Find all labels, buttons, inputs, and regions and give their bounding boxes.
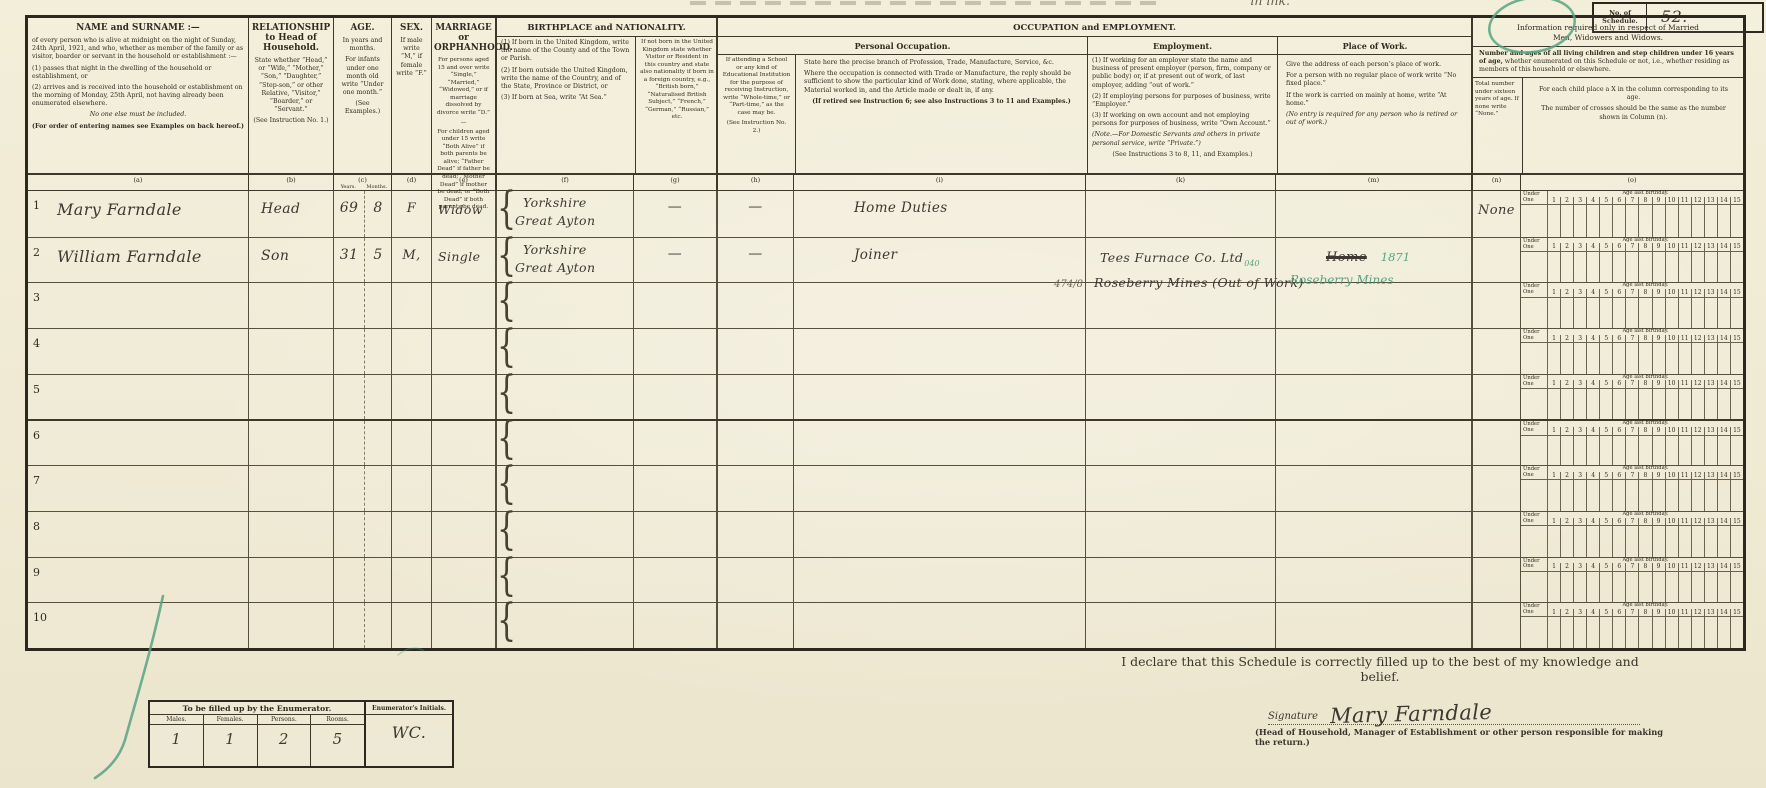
cell-place-of-work (1275, 421, 1471, 465)
age-column-number: 13 (1704, 380, 1717, 388)
col-nationality-header: If not born in the United Kingdom state … (635, 37, 718, 173)
age-cross-cell (1599, 617, 1612, 647)
entry-marriage (432, 558, 495, 569)
cell-age (333, 329, 391, 374)
under-one-label: Under One (1521, 238, 1547, 251)
age-cross-cell (1678, 572, 1691, 602)
table-row: 10 { (28, 602, 1743, 648)
age-column-number: 12 (1691, 518, 1704, 526)
age-cross-cell (1704, 480, 1717, 510)
row-number: 3 (28, 283, 45, 328)
cell-occupation (793, 283, 1085, 328)
entry-name (45, 558, 57, 603)
col-employment-header: (1) If working for an employer state the… (1087, 55, 1277, 173)
age-cross-cell (1547, 252, 1560, 282)
age-column-number: 10 (1665, 289, 1678, 297)
age-cross-cell (1652, 572, 1665, 602)
age-cross-cell (1586, 298, 1599, 328)
age-column-number: 13 (1704, 335, 1717, 343)
enumerator-value: 1 (203, 725, 257, 766)
age-cross-cell (1547, 389, 1560, 419)
entry-age-months (365, 603, 391, 648)
cell-children-ages: Under One Age last birthday. 12345678910… (1520, 329, 1743, 374)
place-of-work-subtitle: Place of Work. (1277, 37, 1472, 54)
age-column-number: 15 (1730, 335, 1743, 343)
entry-birth-county: Yorkshire (515, 191, 595, 212)
age-column-number: 12 (1691, 289, 1704, 297)
age-cross-cell (1599, 205, 1612, 236)
cell-name: 1 Mary Farndale (28, 191, 248, 237)
age-column-number: 4 (1586, 518, 1599, 526)
entry-birth-town: Great Ayton (515, 259, 595, 277)
age-cross-cell (1560, 436, 1573, 465)
enumerator-column-label: Males. (150, 715, 203, 724)
age-cross-cell (1586, 526, 1599, 556)
table-row: 6 { (28, 419, 1743, 465)
entry-total-children (1473, 512, 1520, 524)
employment-subtitle: Employment. (1087, 37, 1277, 54)
entry-birth-county (515, 329, 523, 332)
age-column-number: 5 (1599, 427, 1612, 435)
entry-birth-town: Great Ayton (515, 212, 595, 230)
under-one-label: Under One (1521, 283, 1547, 296)
table-row: 2 William Farndale Son 31 5 M, Single { (28, 237, 1743, 283)
entry-age-months (365, 466, 391, 511)
age-cross-cell (1547, 205, 1560, 236)
entry-age-months (365, 375, 391, 420)
occupation-group-header: OCCUPATION and EMPLOYMENT. Personal Occu… (716, 18, 1471, 173)
entry-sex (392, 558, 431, 568)
under-one-label: Under One (1521, 512, 1547, 525)
age-cross-cell (1638, 526, 1651, 556)
age-column-number: 10 (1665, 197, 1678, 205)
cell-relationship: Son (248, 238, 333, 283)
age-column-number: 11 (1678, 563, 1691, 571)
entry-marriage (432, 603, 495, 614)
cell-employment (1085, 512, 1275, 557)
cell-sex (391, 375, 431, 420)
entry-occupation (794, 603, 1085, 612)
age-cross-cell (1547, 298, 1560, 328)
age-column-number: 4 (1586, 289, 1599, 297)
age-cross-cell (1560, 617, 1573, 647)
cell-nationality (633, 375, 716, 420)
cell-occupation (793, 466, 1085, 511)
table-row: 8 { (28, 511, 1743, 557)
age-column-number: 12 (1691, 243, 1704, 251)
age-cross-cell (1704, 389, 1717, 419)
cell-marriage: Single (431, 238, 495, 283)
age-cross-cell (1586, 343, 1599, 373)
age-column-number: 15 (1730, 518, 1743, 526)
age-column-number: 2 (1560, 197, 1573, 205)
age-cross-cell (1625, 389, 1638, 419)
cell-birthplace: { (495, 512, 633, 557)
cell-age (333, 375, 391, 420)
census-table: NAME and SURNAME :— of every person who … (25, 15, 1746, 651)
age-cross-cell (1704, 252, 1717, 282)
age-cross-cell (1573, 205, 1586, 236)
age-cross-cell (1638, 205, 1651, 236)
age-cross-cell (1665, 298, 1678, 328)
age-cross-cell (1573, 389, 1586, 419)
age-column-number: 5 (1599, 243, 1612, 251)
age-column-number: 5 (1599, 472, 1612, 480)
age-column-number: 14 (1717, 563, 1730, 571)
age-cross-cell (1560, 205, 1573, 236)
age-column-number: 12 (1691, 563, 1704, 571)
age-column-number: 8 (1638, 563, 1651, 571)
age-cross-cell (1612, 389, 1625, 419)
entry-birth-county (515, 283, 523, 286)
signature: Mary Farndale (1330, 700, 1493, 728)
entry-occupation (794, 512, 1085, 521)
cell-children-ages: Under One Age last birthday. 12345678910… (1520, 191, 1743, 237)
age-column-number: 15 (1730, 427, 1743, 435)
table-header: NAME and SURNAME :— of every person who … (28, 18, 1743, 173)
age-column-number: 4 (1586, 335, 1599, 343)
age-column-number: 8 (1638, 335, 1651, 343)
age-column-number: 4 (1586, 380, 1599, 388)
table-row: 5 { (28, 374, 1743, 420)
age-column-number: 3 (1573, 563, 1586, 571)
entry-education: — (718, 238, 793, 262)
age-column-number: 6 (1612, 197, 1625, 205)
cell-sex (391, 283, 431, 328)
entry-nationality (634, 375, 716, 383)
cell-sex (391, 512, 431, 557)
age-cross-cell (1560, 298, 1573, 328)
entry-sex: M, (392, 238, 431, 263)
entry-name (45, 466, 57, 511)
under-one-cell (1521, 389, 1547, 419)
cell-relationship (248, 558, 333, 603)
col-sex-header: SEX. If male write “M,” if female write … (391, 18, 431, 173)
age-cross-cell (1638, 480, 1651, 510)
cell-sex (391, 329, 431, 374)
age-column-number: 3 (1573, 197, 1586, 205)
row-number: 6 (28, 421, 45, 465)
enumerator-title: To be filled up by the Enumerator. (150, 702, 364, 715)
age-column-number: 4 (1586, 197, 1599, 205)
age-column-number: 11 (1678, 380, 1691, 388)
entry-occupation (794, 558, 1085, 567)
age-column-number: 6 (1612, 289, 1625, 297)
cell-relationship (248, 512, 333, 557)
entry-age-months (365, 329, 391, 374)
age-column-number: 13 (1704, 289, 1717, 297)
age-column-number: 1 (1548, 335, 1560, 343)
age-cross-cell (1704, 436, 1717, 465)
age-cross-cell (1691, 389, 1704, 419)
cell-relationship: Head (248, 191, 333, 237)
age-column-number: 5 (1599, 335, 1612, 343)
age-column-number: 8 (1638, 197, 1651, 205)
entry-age-years (334, 603, 365, 648)
age-column-number: 7 (1625, 289, 1638, 297)
entry-total-children (1473, 283, 1520, 295)
age-cross-cell (1573, 343, 1586, 373)
age-column-number: 10 (1665, 243, 1678, 251)
age-cross-cell (1678, 480, 1691, 510)
age-cross-cell (1704, 343, 1717, 373)
age-column-number: 14 (1717, 197, 1730, 205)
entry-name (45, 283, 57, 328)
col-birthplace-header: (1) If born in the United Kingdom, write… (497, 37, 635, 173)
age-column-number: 12 (1691, 427, 1704, 435)
cell-marriage (431, 603, 495, 648)
entry-name (45, 421, 57, 465)
age-column-number: 11 (1678, 197, 1691, 205)
entry-education (718, 558, 793, 566)
age-column-number: 2 (1560, 380, 1573, 388)
age-cross-cell (1625, 617, 1638, 647)
cell-relationship (248, 421, 333, 465)
age-cross-cell (1678, 617, 1691, 647)
entry-occupation (794, 329, 1085, 338)
cell-nationality (633, 603, 716, 648)
age-column-number: 15 (1730, 197, 1743, 205)
cell-children-ages: Under One Age last birthday. 12345678910… (1520, 466, 1743, 511)
age-cross-cell (1612, 617, 1625, 647)
entry-relationship (249, 421, 333, 431)
age-cross-cell (1560, 389, 1573, 419)
cell-education: — (716, 191, 793, 237)
age-column-number: 12 (1691, 380, 1704, 388)
age-column-number: 3 (1573, 518, 1586, 526)
age-column-number: 14 (1717, 427, 1730, 435)
under-one-cell (1521, 298, 1547, 328)
entry-education (718, 329, 793, 337)
age-column-number: 4 (1586, 427, 1599, 435)
age-column-number: 3 (1573, 472, 1586, 480)
age-column-number: 6 (1612, 243, 1625, 251)
cell-children-ages: Under One Age last birthday. 12345678910… (1520, 283, 1743, 328)
age-cross-cell (1717, 298, 1730, 328)
cell-occupation (793, 421, 1085, 465)
entry-occupation (794, 466, 1085, 475)
entry-birth-county (515, 421, 523, 424)
age-column-number: 9 (1652, 609, 1665, 617)
age-column-number: 1 (1548, 289, 1560, 297)
age-cross-cell (1573, 572, 1586, 602)
cell-nationality (633, 558, 716, 603)
entry-name (45, 603, 57, 648)
age-cross-cell (1691, 617, 1704, 647)
cell-total-children: None (1471, 191, 1520, 237)
age-cross-cell (1625, 205, 1638, 236)
age-column-number: 5 (1599, 563, 1612, 571)
age-column-number: 15 (1730, 472, 1743, 480)
cell-marriage: Widow (431, 191, 495, 237)
cell-relationship (248, 329, 333, 374)
entry-total-children (1473, 238, 1520, 250)
declaration-text: I declare that this Schedule is correctl… (1100, 654, 1660, 684)
cell-children-ages: Under One Age last birthday. 12345678910… (1520, 603, 1743, 648)
entry-sex (392, 512, 431, 522)
enumerator-value: 1 (150, 725, 203, 766)
age-column-number: 6 (1612, 563, 1625, 571)
entry-age-years: 69 (334, 191, 365, 237)
age-column-number: 12 (1691, 335, 1704, 343)
cell-sex (391, 421, 431, 465)
age-column-number: 15 (1730, 380, 1743, 388)
age-cross-cell (1586, 436, 1599, 465)
age-cross-cell (1652, 617, 1665, 647)
table-body: 1 Mary Farndale Head 69 8 F Widow { (28, 191, 1743, 648)
cell-total-children (1471, 283, 1520, 328)
age-cross-cell (1717, 252, 1730, 282)
age-column-number: 8 (1638, 380, 1651, 388)
children-age-grid: Under One Age last birthday. 12345678910… (1521, 558, 1743, 603)
entry-relationship (249, 512, 333, 522)
age-cross-cell (1586, 252, 1599, 282)
age-cross-cell (1704, 298, 1717, 328)
cell-place-of-work (1275, 329, 1471, 374)
cell-marriage (431, 375, 495, 420)
under-one-cell (1521, 436, 1547, 465)
age-column-number: 14 (1717, 243, 1730, 251)
age-cross-cell (1665, 343, 1678, 373)
age-cross-cell (1560, 526, 1573, 556)
cell-marriage (431, 558, 495, 603)
age-column-number: 5 (1599, 197, 1612, 205)
age-cross-cell (1599, 343, 1612, 373)
age-column-number: 4 (1586, 243, 1599, 251)
age-column-number: 13 (1704, 472, 1717, 480)
cell-nationality (633, 466, 716, 511)
cell-place-of-work (1275, 375, 1471, 420)
personal-occupation-subtitle: Personal Occupation. (718, 37, 1087, 54)
entry-occupation (794, 421, 1085, 430)
age-cross-cell (1599, 526, 1612, 556)
entry-marriage (432, 283, 495, 294)
cell-age (333, 421, 391, 465)
col-education-header: If attending a School or any kind of Edu… (718, 55, 795, 173)
entry-sex (392, 603, 431, 613)
entry-total-children (1473, 329, 1520, 341)
printed-brace: { (497, 593, 509, 658)
cell-education (716, 603, 793, 648)
cell-nationality: — (633, 238, 716, 283)
cell-relationship (248, 375, 333, 420)
cell-relationship (248, 603, 333, 648)
age-column-number: 9 (1652, 472, 1665, 480)
entry-sex (392, 466, 431, 476)
entry-occupation (794, 375, 1085, 384)
entry-total-children (1473, 421, 1520, 433)
age-column-number: 10 (1665, 427, 1678, 435)
entry-name (45, 329, 57, 374)
entry-relationship (249, 558, 333, 568)
age-column-number: 10 (1665, 472, 1678, 480)
cell-children-ages: Under One Age last birthday. 12345678910… (1520, 558, 1743, 603)
age-cross-cell (1612, 436, 1625, 465)
cell-marriage (431, 329, 495, 374)
entry-name (45, 512, 57, 557)
age-cross-cell (1691, 343, 1704, 373)
age-cross-cell (1730, 572, 1743, 602)
age-column-number: 8 (1638, 518, 1651, 526)
cell-nationality (633, 329, 716, 374)
cell-name: 9 (28, 558, 248, 603)
entry-age-years (334, 329, 365, 374)
entry-marriage: Widow (432, 191, 495, 217)
cell-total-children (1471, 421, 1520, 465)
cell-age (333, 558, 391, 603)
cell-name: 4 (28, 329, 248, 374)
cell-place-of-work: Home1871 Roseberry Mines (1275, 238, 1471, 283)
cell-total-children (1471, 603, 1520, 648)
col-age-header: AGE. In years and months. For infants un… (333, 18, 391, 173)
entry-nationality: — (634, 238, 716, 262)
age-cross-cell (1665, 572, 1678, 602)
cell-employment (1085, 191, 1275, 237)
age-column-number: 8 (1638, 609, 1651, 617)
entry-age-years (334, 375, 365, 420)
entry-education (718, 375, 793, 383)
under-one-cell (1521, 252, 1547, 282)
entry-marriage (432, 375, 495, 386)
age-column-number: 1 (1548, 563, 1560, 571)
cell-place-of-work (1275, 603, 1471, 648)
under-one-label: Under One (1521, 329, 1547, 342)
entry-relationship (249, 329, 333, 339)
under-one-label: Under One (1521, 466, 1547, 479)
entry-education (718, 421, 793, 429)
age-cross-cell (1678, 252, 1691, 282)
under-one-cell (1521, 343, 1547, 373)
cell-children-ages: Under One Age last birthday. 12345678910… (1520, 421, 1743, 465)
age-cross-cell (1717, 480, 1730, 510)
age-column-number: 6 (1612, 380, 1625, 388)
age-cross-cell (1599, 572, 1612, 602)
cell-place-of-work (1275, 283, 1471, 328)
age-cross-cell (1717, 343, 1730, 373)
age-cross-cell (1573, 252, 1586, 282)
age-column-number: 5 (1599, 518, 1612, 526)
age-column-number: 2 (1560, 609, 1573, 617)
age-column-number: 3 (1573, 335, 1586, 343)
age-cross-cell (1717, 389, 1730, 419)
cell-employment: Tees Furnace Co. Ltd040 Roseberry Mines … (1085, 238, 1275, 283)
age-column-number: 9 (1652, 427, 1665, 435)
age-column-number: 4 (1586, 472, 1599, 480)
cell-name: 8 (28, 512, 248, 557)
age-cross-cell (1678, 389, 1691, 419)
entry-nationality (634, 421, 716, 429)
age-cross-cell (1691, 298, 1704, 328)
entry-age-years (334, 512, 365, 557)
col-name-header: NAME and SURNAME :— of every person who … (28, 18, 248, 173)
age-column-number: 13 (1704, 243, 1717, 251)
entry-nationality (634, 329, 716, 337)
age-column-number: 11 (1678, 518, 1691, 526)
age-column-number: 8 (1638, 472, 1651, 480)
cell-age: 69 8 (333, 191, 391, 237)
cell-total-children (1471, 329, 1520, 374)
cell-occupation (793, 512, 1085, 557)
cell-relationship (248, 466, 333, 511)
entry-nationality (634, 558, 716, 566)
age-cross-cell (1665, 205, 1678, 236)
age-column-number: 7 (1625, 427, 1638, 435)
age-column-number: 2 (1560, 563, 1573, 571)
signature-label: Signature (1268, 711, 1318, 722)
age-column-number: 10 (1665, 380, 1678, 388)
entry-sex (392, 329, 431, 339)
cell-education (716, 375, 793, 420)
